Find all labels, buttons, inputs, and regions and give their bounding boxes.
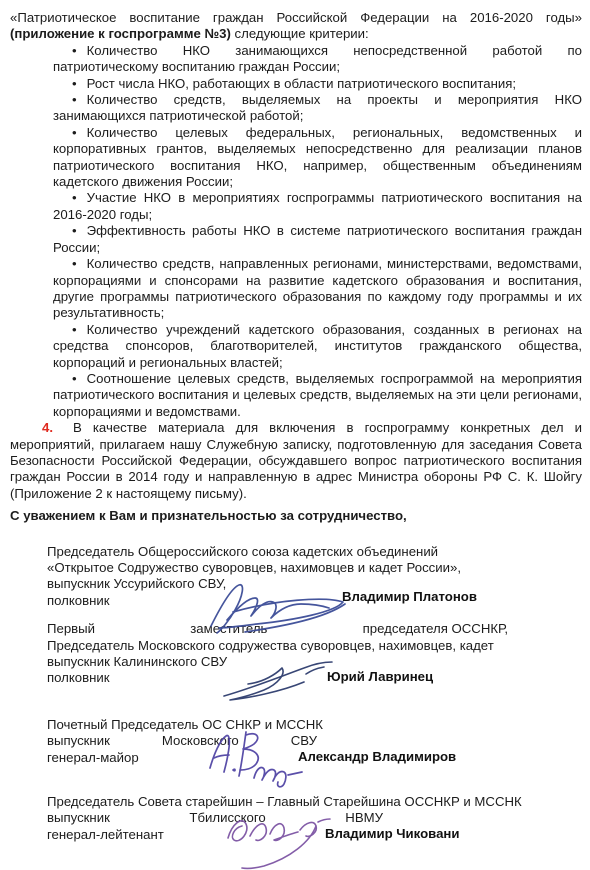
closing-line: С уважением к Вам и признательностью за … — [10, 508, 582, 524]
list-item: •Количество целевых федеральных, региона… — [53, 125, 582, 191]
bullet-icon: • — [72, 76, 77, 91]
list-item-text: Количество учреждений кадетского образов… — [53, 322, 582, 370]
signatory-title-line: выпускник Уссурийского СВУ, — [47, 576, 582, 592]
signatory-name: Владимир Чиковани — [325, 826, 460, 842]
word: Тбилисского — [189, 810, 265, 826]
bullet-icon: • — [72, 371, 77, 386]
paragraph-intro: «Патриотическое воспитание граждан Росси… — [10, 10, 582, 43]
signatory-name: Владимир Платонов — [342, 589, 477, 605]
signatory-rank-line: полковникЮрий Лавринец — [47, 670, 582, 686]
signatory-title-line: выпускник Калининского СВУ — [47, 654, 582, 670]
signatory-title-line: выпускникМосковскогоСВУ — [47, 733, 317, 749]
list-item: •Рост числа НКО, работающих в области па… — [53, 76, 582, 92]
signatory-block-chikovani: Председатель Совета старейшин – Главный … — [47, 794, 582, 843]
list-item: •Количество учреждений кадетского образо… — [53, 322, 582, 371]
list-item: •Соотношение целевых средств, выделяемых… — [53, 371, 582, 420]
list-item: •Эффективность работы НКО в системе патр… — [53, 223, 582, 256]
item-number-red: 4. — [42, 420, 53, 435]
word: Московского — [162, 733, 239, 749]
list-item: •Количество НКО занимающихся непосредств… — [53, 43, 582, 76]
signatory-rank-line: полковникВладимир Платонов — [47, 593, 582, 609]
list-item: •Количество средств, выделяемых на проек… — [53, 92, 582, 125]
list-item-text: Количество целевых федеральных, регионал… — [53, 125, 582, 189]
list-item: •Количество средств, направленных регион… — [53, 256, 582, 322]
list-item: •Участие НКО в мероприятиях госпрограммы… — [53, 190, 582, 223]
signatory-title-line: выпускникТбилисскогоНВМУ — [47, 810, 383, 826]
word: заместитель — [190, 621, 267, 637]
item-4-text: В качестве материала для включения в гос… — [10, 420, 582, 501]
signatory-block-lavrinets: Первыйзаместительпредседателя ОССНКР, Пр… — [47, 621, 582, 687]
document-page: «Патриотическое воспитание граждан Росси… — [0, 0, 590, 870]
bullet-icon: • — [72, 92, 77, 107]
signatory-title-line: Почетный Председатель ОС СНКР и МССНК — [47, 717, 582, 733]
signatory-title-line: Председатель Общероссийского союза кадет… — [47, 544, 582, 560]
word: НВМУ — [345, 810, 383, 826]
signatory-rank: генерал-лейтенант — [47, 827, 164, 842]
criteria-list: •Количество НКО занимающихся непосредств… — [10, 43, 582, 420]
signatory-rank: генерал-майор — [47, 750, 139, 765]
list-item-text: Соотношение целевых средств, выделяемых … — [53, 371, 582, 419]
intro-text-end: следующие критерии: — [231, 26, 369, 41]
list-item-text: Количество средств, направленных региона… — [53, 256, 582, 320]
intro-text-bold: (приложение к госпрограмме №3) — [10, 26, 231, 41]
bullet-icon: • — [72, 125, 77, 140]
signatory-title-line: Председатель Московского содружества сув… — [47, 638, 582, 654]
signatory-title-line: Председатель Совета старейшин – Главный … — [47, 794, 582, 810]
list-item-text: Участие НКО в мероприятиях госпрограммы … — [53, 190, 582, 221]
list-item-text: Количество средств, выделяемых на проект… — [53, 92, 582, 123]
signatory-rank-line: генерал-лейтенантВладимир Чиковани — [47, 827, 582, 843]
list-item-text: Количество НКО занимающихся непосредстве… — [53, 43, 582, 74]
paragraph-item-4: 4.В качестве материала для включения в г… — [10, 420, 582, 502]
signatory-rank-line: генерал-майорАлександр Владимиров — [47, 750, 582, 766]
bullet-icon: • — [72, 223, 77, 238]
bullet-icon: • — [72, 190, 77, 205]
signatory-block-platonov: Председатель Общероссийского союза кадет… — [47, 544, 582, 610]
word: СВУ — [291, 733, 317, 749]
word: Первый — [47, 621, 95, 637]
signatory-rank: полковник — [47, 670, 110, 685]
word: выпускник — [47, 733, 110, 749]
bullet-icon: • — [72, 322, 77, 337]
signatory-title-line: «Открытое Содружество суворовцев, нахимо… — [47, 560, 582, 576]
word: председателя ОССНКР, — [363, 621, 508, 637]
signatory-rank: полковник — [47, 593, 110, 608]
signatory-block-vladimirov: Почетный Председатель ОС СНКР и МССНК вы… — [47, 717, 582, 766]
word: выпускник — [47, 810, 110, 826]
bullet-icon: • — [72, 43, 77, 58]
intro-text-start: «Патриотическое воспитание граждан Росси… — [10, 10, 582, 25]
signatory-name: Юрий Лавринец — [327, 669, 433, 685]
signatory-title-line: Первыйзаместительпредседателя ОССНКР, — [47, 621, 508, 637]
list-item-text: Рост числа НКО, работающих в области пат… — [87, 76, 516, 91]
bullet-icon: • — [72, 256, 77, 271]
list-item-text: Эффективность работы НКО в системе патри… — [53, 223, 582, 254]
signatory-name: Александр Владимиров — [298, 749, 456, 765]
